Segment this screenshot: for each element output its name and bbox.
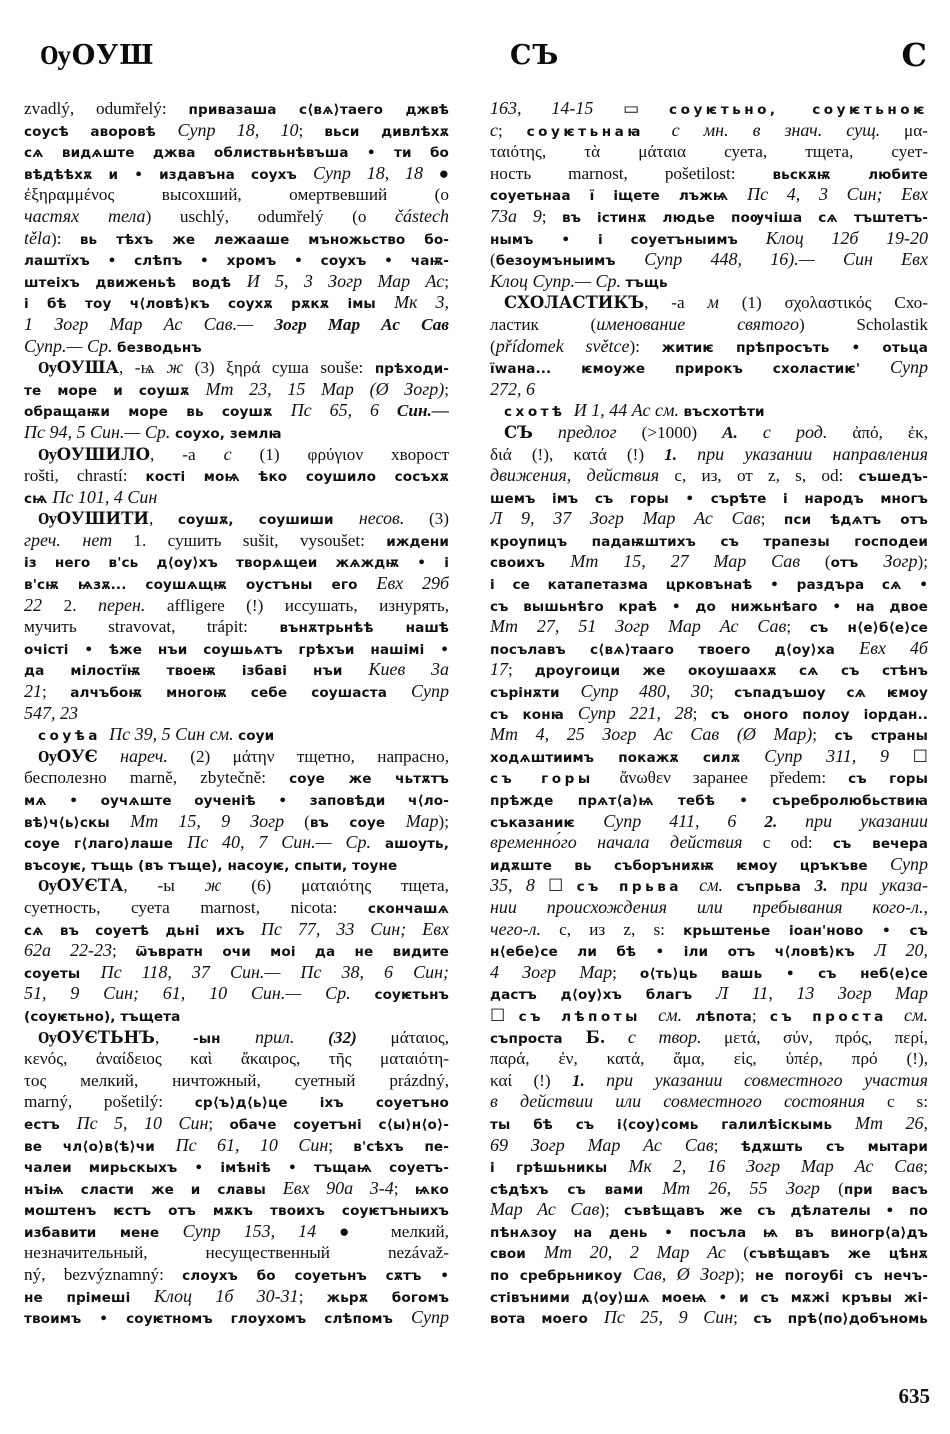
text-run: въ істинѫ людье поѹчіша сѧ тъштетъ- xyxy=(562,210,928,226)
text-run: съ оного полоу іордан.. xyxy=(711,707,928,723)
text-run: Мт 20, 2 Мар Ас xyxy=(544,1242,726,1262)
text-run: безоумъныимъ xyxy=(496,253,644,269)
text-run: Зогр xyxy=(884,551,918,571)
text-line: сърінѫти Супр 480, 30; съпадъшоу сѧ ѥмоу xyxy=(490,681,928,703)
text-run: сѧ видѧште джва облиствьнѣвъша • ти бо xyxy=(24,145,449,161)
text-run: 163, 14-15 xyxy=(490,98,593,118)
text-run: пѣнѧзоу на день • посъла ѩ въ виногр⟨а⟩д… xyxy=(490,1225,928,1241)
text-run: И 1, 44 Ас см. xyxy=(574,400,684,420)
text-run: А. xyxy=(722,423,738,442)
text-run: ; xyxy=(208,1114,229,1133)
header-left-word: ѸОУШ xyxy=(40,40,154,71)
text-run: нъіѩ сласти же и славы xyxy=(24,1182,283,1198)
text-run: ; xyxy=(812,725,834,744)
text-line: Клоц Супр.— Ср. тъщь xyxy=(490,271,928,293)
text-run: přídomek světce xyxy=(496,336,630,356)
text-run: 1. xyxy=(572,1071,585,1090)
text-line: пѣнѧзоу на день • посъла ѩ въ виногр⟨а⟩д… xyxy=(490,1221,928,1243)
text-run: , -ы xyxy=(123,876,204,895)
text-run xyxy=(605,1028,627,1047)
text-line: бесполезно marně, zbytečně: соуе же чьтѫ… xyxy=(24,767,449,789)
text-run: ☐ xyxy=(535,876,577,895)
text-run: сѩ xyxy=(24,491,52,507)
text-run: съказаниѥ xyxy=(490,815,603,831)
text-line: 62а 22-23; ѿъвратн очи моі да не видите xyxy=(24,940,449,962)
text-run: Супр xyxy=(411,1307,449,1327)
text-run: нареч. xyxy=(120,746,168,766)
text-line: штеіхъ движеньѣ водѣ И 5, 3 Зогр Мар Ас; xyxy=(24,271,449,293)
text-run: при указании направления xyxy=(697,444,928,464)
text-run: і бѣ тоу ч⟨ловѣ⟩къ соухѫ рѫкѫ імы xyxy=(24,296,394,312)
text-run: , xyxy=(155,1028,193,1047)
text-run: ἄνωθεν заранее předem: xyxy=(620,768,849,787)
text-line: 35, 8 ☐ съ прьва см. съпрьва 3. при указ… xyxy=(490,875,928,897)
text-line: съказаниѥ Супр 411, 6 2. при указании xyxy=(490,811,928,833)
text-run: идѫште вь съборъниѫѭ ѥмоу цръкъве xyxy=(490,858,890,874)
text-line: (přídomek světce): житиѥ прѣпросъть • от… xyxy=(490,336,928,358)
text-line: естъ Пс 5, 10 Син; обаче соуетъні с⟨ы⟩н⟨… xyxy=(24,1113,449,1135)
text-run: (1) σχολαστικός Схо- xyxy=(719,293,928,312)
text-line: избавити мене Супр 153, 14 ● мелкий, xyxy=(24,1221,449,1243)
text-run: τος мелкий, ничтожный, суетный prázdný, xyxy=(24,1071,449,1090)
text-run: ты бѣ съ і⟨соу⟩сомь галилѣіскымь xyxy=(490,1117,855,1133)
text-run: (1) φρύγιον хворост xyxy=(232,445,449,464)
text-run: 62а 22-23 xyxy=(24,940,112,960)
text-run: і се катапетазма црковънаѣ • раздъра сѧ … xyxy=(490,577,928,593)
text-run: ж xyxy=(205,875,222,895)
text-run: с od: xyxy=(742,833,832,852)
text-run: ( xyxy=(284,812,310,831)
text-line: свои Мт 20, 2 Мар Ас (съвѣщавъ же цѣнѫ xyxy=(490,1242,928,1264)
text-run: о⟨ть⟩ць вашь • съ неб⟨е⟩се xyxy=(640,966,928,982)
text-line: да мілостїѭ твоеѭ ізбаві нъи Киев 3а xyxy=(24,659,449,681)
text-line: ný, bezvýznamný: слоухъ бо соуетьнъ сѫтъ… xyxy=(24,1264,449,1286)
headword: ѸОУШИТИ xyxy=(38,509,149,528)
text-run: соуи xyxy=(238,728,274,744)
text-run: -ын xyxy=(193,1031,255,1047)
text-run: Супр 411, 6 xyxy=(603,811,764,831)
text-line: СЪ предлог (>1000) А. с род. ἀπό, ἐκ, xyxy=(490,422,928,444)
text-line: съ горы ἄνωθεν заранее předem: съ горы xyxy=(490,767,928,789)
text-run: Л 11, 13 Зогр Мар xyxy=(716,983,928,1003)
text-run: ταιότης, τὰ μάταια суета, тщета, сует- xyxy=(490,142,928,161)
text-run: вота моего xyxy=(490,1311,604,1327)
text-line: вѣ⟩ч⟨ь⟩скы Мт 15, 9 Зогр (въ соуе Мар); xyxy=(24,811,449,833)
text-run: те море и соушѫ xyxy=(24,383,205,399)
text-run: 17 xyxy=(490,659,508,679)
text-line: (безоумъныимъ Супр 448, 16).— Син Евх xyxy=(490,249,928,271)
text-run: ; xyxy=(444,272,449,291)
text-run: вьскѫѭ любите xyxy=(772,167,928,183)
text-line: в действии или совместного состояния с s… xyxy=(490,1091,928,1113)
text-run: ): xyxy=(51,229,80,248)
text-run: , -а xyxy=(644,293,707,312)
text-run: Евх 90а 3-4 xyxy=(283,1178,394,1198)
text-run: (3) ξηρά суша souše: xyxy=(183,358,375,377)
text-run: ластик ( xyxy=(490,315,596,334)
text-line: не прімеші Клоц 1б 30-31; жьрѫ богомъ xyxy=(24,1286,449,1308)
headword: СХОЛАСТИКЪ xyxy=(504,293,644,312)
text-run: Супр xyxy=(890,357,928,377)
text-run: ; xyxy=(612,963,640,982)
text-run: Пс 77, 33 Син; Евх xyxy=(261,919,449,939)
text-run: Мар Ас Сав xyxy=(490,1199,599,1219)
headword: ѸОУЄТЬНЪ xyxy=(38,1028,155,1047)
text-run: прѣжде прѧт⟨а⟩ѩ тебѣ • съребролюбьствиꙗ xyxy=(490,793,928,809)
text-run: съшедъ- xyxy=(859,469,928,485)
text-run xyxy=(827,876,840,895)
text-run: ; xyxy=(299,121,325,140)
text-run: кроупицъ падаѭштихъ съ трапезы господеи xyxy=(490,534,928,550)
text-line: съпроста Б. с твор. μετά, σύν, πρός, περ… xyxy=(490,1027,928,1049)
text-run: ; xyxy=(733,1308,753,1327)
text-run: в'сѭ ѩзѫ... соушѧщѭ оустъны его xyxy=(24,577,377,593)
text-run: Супр xyxy=(890,854,928,874)
text-run: Пс 4, 3 Син; Евх xyxy=(747,184,928,204)
text-line: 69 Зогр Мар Ас Сав; ѣдѫшть съ мытари xyxy=(490,1135,928,1157)
text-run: вѣдѣѣхѫ и • издавъна соухъ xyxy=(24,167,313,183)
text-line: соуѣа Пс 39, 5 Син см. соуи xyxy=(24,724,449,746)
text-run: marný, pošetilý: xyxy=(24,1092,195,1111)
text-run: перен. xyxy=(98,595,145,615)
text-run: ἐξηραμμένος высохший, омертвевший (о xyxy=(24,185,449,204)
text-line: нымъ • і соуетъныимъ Клоц 12б 19-20 xyxy=(490,228,928,250)
text-run: тъщь xyxy=(626,275,668,291)
text-run: именование святого xyxy=(596,314,799,334)
text-run: , xyxy=(149,509,178,528)
text-run: лѣпота xyxy=(696,1009,752,1025)
text-run: Супр.— Ср. xyxy=(24,336,117,356)
text-run: крьштенье іоан'ново • съ xyxy=(683,923,928,939)
text-line: 73а 9; въ істинѫ людье поѹчіша сѧ тъштет… xyxy=(490,206,928,228)
text-run: нымъ • і соуетъныимъ xyxy=(490,232,766,248)
text-run: с мн. в знач. сущ. xyxy=(672,120,881,140)
text-run: в'сѣхъ пе- xyxy=(353,1139,449,1155)
text-run: ( xyxy=(820,1179,844,1198)
text-line: Л 9, 37 Зогр Мар Ас Сав; пси ѣдѧтъ отъ xyxy=(490,508,928,530)
text-run: сѧ въ соуетѣ дьні ихъ xyxy=(24,923,261,939)
text-line: 4 Зогр Мар; о⟨ть⟩ць вашь • съ неб⟨е⟩се xyxy=(490,962,928,984)
text-run xyxy=(777,812,805,831)
text-run: ашоуть, xyxy=(385,836,449,852)
text-run: 2. xyxy=(64,596,98,615)
text-run: с, из, от z, s, od: xyxy=(659,466,858,485)
text-line: παρά, ἐν, κατά, ἅμα, εἰς, ὑπέρ, πρό (!), xyxy=(490,1048,928,1070)
text-run: с, из z, s: xyxy=(541,920,683,939)
text-run: 3. xyxy=(815,876,828,895)
text-run: (3) xyxy=(404,509,449,528)
text-line: нъіѩ сласти же и славы Евх 90а 3-4; ѩко xyxy=(24,1178,449,1200)
text-line: marný, pošetilý: ср⟨ъ⟩д⟨ь⟩це іхъ соуетън… xyxy=(24,1091,449,1113)
text-run: ● xyxy=(423,164,449,183)
text-run: иждени xyxy=(386,534,449,550)
text-run: ); xyxy=(917,552,928,571)
text-run: ; xyxy=(709,682,734,701)
text-line: ве чл⟨о⟩в⟨ѣ⟩чи Пс 61, 10 Син; в'сѣхъ пе- xyxy=(24,1135,449,1157)
text-line: 272, 6 xyxy=(490,379,928,401)
text-line: стівъними д⟨оу⟩шѧ моеѩ • и съ мѫжі кръвы… xyxy=(490,1286,928,1308)
text-run: съ вышьнѣго краѣ • до нижьнѣаго • на дво… xyxy=(490,599,928,615)
text-line: 1 Зогр Мар Ас Сав.— Зогр Мар Ас Сав xyxy=(24,314,449,336)
text-run: съ лѣпоты xyxy=(519,1009,658,1025)
text-run: 21 xyxy=(24,681,42,701)
text-line: ластик (именование святого) Scholastik xyxy=(490,314,928,336)
text-run: скончашѧ xyxy=(368,901,449,917)
text-run: жьрѫ богомъ xyxy=(327,1290,449,1306)
text-run: із него в'сь д⟨оу⟩хъ творѧщеи жѧждѭ • і xyxy=(24,555,449,571)
text-run: ἀπό, ἐκ, xyxy=(827,423,928,442)
text-run: съ страны xyxy=(834,728,928,744)
text-run: с xyxy=(490,120,498,140)
headword: Б. xyxy=(586,1028,606,1047)
text-line: лаштїхъ • слѣпъ • хромъ • соухъ • чаѭ- xyxy=(24,249,449,271)
text-line: незначительный, несущественный nezávaž- xyxy=(24,1242,449,1264)
text-run: Евх 4б xyxy=(859,638,928,658)
header-section-letter: С xyxy=(902,36,928,74)
text-line: Супр.— Ср. безводьнъ xyxy=(24,336,449,358)
text-run: нии происхождения или пребывания кого-л.… xyxy=(490,897,928,917)
text-run: въсоуѥ, тъщь (въ тъще), насоуѥ, спыти, т… xyxy=(24,858,397,874)
text-line: временно́го начала действия с od: съ веч… xyxy=(490,832,928,854)
text-run: Пс 101, 4 Син xyxy=(52,487,157,507)
text-run: Мт 23, 15 Мар (Ø Зогр) xyxy=(205,379,444,399)
text-run: соуѥтьно, соуѥтьноѥ xyxy=(669,102,928,118)
text-run: слоухъ бо соуетьнъ сѫтъ • xyxy=(182,1268,449,1284)
text-run: житиѥ прѣпросъть • отьца xyxy=(662,340,928,356)
text-run: 547, 23 xyxy=(24,703,78,723)
text-run: Клоц Супр.— Ср. xyxy=(490,271,626,291)
text-run: шемъ імъ съ горы • сърѣте і народъ многъ xyxy=(490,491,928,507)
text-run: Пс 5, 10 Син xyxy=(77,1113,209,1133)
text-run: стівъними д⟨оу⟩шѧ моеѩ • и съ мѫжі кръвы… xyxy=(490,1290,928,1306)
text-run: соуеты xyxy=(24,966,101,982)
text-line: ταιότης, τὰ μάταια суета, тщета, сует- xyxy=(490,141,928,163)
text-run: ☐ xyxy=(490,1006,519,1025)
text-line: κενός, ἀναίδειος καὶ ἄκαιρος, τῆς ματαιό… xyxy=(24,1048,449,1070)
text-line: Мт 27, 51 Зогр Мар Ас Сав; съ н⟨е⟩б⟨е⟩се xyxy=(490,616,928,638)
text-run: ; xyxy=(752,1006,770,1025)
headword: СЪ xyxy=(504,423,533,442)
text-run: Киев 3а xyxy=(369,659,449,679)
text-run: ; xyxy=(693,704,711,723)
text-run: прѣходи- xyxy=(375,361,449,377)
text-line: обращаѭи море вь соушѫ Пс 65, 6 Син.— xyxy=(24,400,449,422)
text-run: при указа- xyxy=(841,875,928,895)
text-run: соусѣ аворовѣ xyxy=(24,124,178,140)
text-run: ▭ xyxy=(593,99,669,118)
text-run: въсхотѣти xyxy=(683,404,764,420)
text-run: ; xyxy=(508,660,535,679)
text-run: соухо, землꙗ xyxy=(175,426,282,442)
text-run: 22 xyxy=(24,595,64,615)
headword: ѸОУЄТА xyxy=(38,876,123,895)
text-run: μα- xyxy=(880,121,928,140)
text-line: 163, 14-15 ▭ соуѥтьно, соуѥтьноѥ xyxy=(490,98,928,120)
text-run: Супр 480, 30 xyxy=(580,681,709,701)
text-line: ☐ съ лѣпоты см. лѣпота; съ проста см. xyxy=(490,1005,928,1027)
text-run: 35, 8 xyxy=(490,875,535,895)
text-run: сѣдѣхъ съ вами xyxy=(490,1182,662,1198)
text-run: соуѥтьнаꙗ xyxy=(527,124,672,140)
text-run: съ горы xyxy=(848,771,928,787)
text-run: И 5, 3 Зогр Мар Ас xyxy=(247,271,445,291)
text-run: ; xyxy=(394,1179,415,1198)
text-run: незначительный, несущественный nezávaž- xyxy=(24,1243,449,1262)
text-line: с; соуѥтьнаꙗ с мн. в знач. сущ. μα- xyxy=(490,120,928,142)
text-run: бесполезно marně, zbytečně: xyxy=(24,768,289,787)
text-run: 272, 6 xyxy=(490,379,535,399)
text-run: частях тела xyxy=(24,206,146,226)
text-line: шемъ імъ съ горы • сърѣте і народъ многъ xyxy=(490,487,928,509)
text-run: при васъ xyxy=(844,1182,928,1198)
text-run: ѩко xyxy=(415,1182,449,1198)
text-run: ѣдѫшть съ мытари xyxy=(741,1139,928,1155)
text-run: Мт 4, 25 Зогр Ас Сав (Ø Мар) xyxy=(490,724,812,744)
text-run: Сав, Ø Зогр xyxy=(633,1264,734,1284)
text-run: пси ѣдѧтъ отъ xyxy=(784,512,928,528)
text-run: см. xyxy=(658,1005,695,1025)
text-line: 51, 9 Син; 61, 10 Син.— Ср. соуѥтьнъ xyxy=(24,983,449,1005)
text-run: чего-л. xyxy=(490,919,541,939)
text-line: 547, 23 xyxy=(24,703,449,725)
text-run: Мк 2, 16 Зогр Мар Ас Сав xyxy=(628,1156,923,1176)
text-run: предлог xyxy=(558,422,617,442)
text-run: Клоц 1б 30-31 xyxy=(154,1286,299,1306)
text-run: ; xyxy=(112,941,136,960)
text-run xyxy=(98,747,120,766)
text-run: дастъ д⟨оу⟩хъ благъ xyxy=(490,987,716,1003)
text-line: очісті • ѣже нъи соушьѧтъ грѣхъи нашімі … xyxy=(24,638,449,660)
text-run: штеіхъ движеньѣ водѣ xyxy=(24,275,247,291)
text-run: Зогр Мар Ас Сав xyxy=(274,315,449,334)
text-run: Супр 448, 16).— Син Евх xyxy=(644,249,928,269)
text-run: моштенъ ѥстъ отъ мѫкъ твоихъ соуѥтъныихъ xyxy=(24,1203,449,1219)
text-run: соуѥтьнъ xyxy=(374,987,449,1003)
text-run: ; xyxy=(444,380,449,399)
text-run: παρά, ἐν, κατά, ἅμα, εἰς, ὑπέρ, πρό (!), xyxy=(490,1049,928,1068)
text-run: ность marnost, pošetilost: xyxy=(490,164,772,183)
text-run: κενός, ἀναίδειος καὶ ἄκαιρος, τῆς ματαιό… xyxy=(24,1049,449,1068)
text-line: движения, действия с, из, от z, s, od: с… xyxy=(490,465,928,487)
text-run: мѧ • оучѧште оученіѣ • заповѣди ч⟨ло- xyxy=(24,793,449,809)
text-run: съ н⟨е⟩б⟨е⟩се xyxy=(810,620,928,636)
text-line: сѧ въ соуетѣ дьні ихъ Пс 77, 33 Син; Евх xyxy=(24,919,449,941)
text-line: Пс 94, 5 Син.— Ср. соухо, землꙗ xyxy=(24,422,449,444)
text-run: вѣ⟩ч⟨ь⟩скы xyxy=(24,815,130,831)
text-line: (соуѥтьно), тъщета xyxy=(24,1005,449,1027)
text-run: чалеи мирьскыхъ • імѣніѣ • тъщаѩ соуетъ- xyxy=(24,1160,449,1176)
text-run: греч. нет xyxy=(24,530,112,550)
text-line: соуе г⟨лаго⟩лаше Пс 40, 7 Син.— Ср. ашоу… xyxy=(24,832,449,854)
text-run: Пс 39, 5 Син см. xyxy=(109,724,238,744)
text-line: по сребрьникоу Сав, Ø Зогр); не погоубі … xyxy=(490,1264,928,1286)
text-line: διά (!), κατά (!) 1. при указании направ… xyxy=(490,444,928,466)
text-run: вънѫтрьнѣѣ нашѣ xyxy=(279,620,449,636)
text-run: с род. xyxy=(763,422,828,442)
text-run: Супр 18, 18 xyxy=(313,163,423,183)
text-run: Супр 221, 28 xyxy=(578,703,693,723)
text-run: 73а 9 xyxy=(490,206,542,226)
text-run: с s: xyxy=(865,1092,928,1111)
text-run: Мт 15, 27 Мар Сав xyxy=(570,551,800,571)
text-line: καί (!) 1. при указании совместного учас… xyxy=(490,1070,928,1092)
text-line: соусѣ аворовѣ Супр 18, 10; вьси дивлѣхѫ xyxy=(24,120,449,142)
text-run: 2. xyxy=(764,812,777,831)
text-run: Мт 27, 51 Зогр Мар Ас Сав xyxy=(490,616,786,636)
text-line: ѸОУЄ нареч. (2) μάτην тщетно, напрасно, xyxy=(24,746,449,768)
text-run: свои xyxy=(490,1246,544,1262)
text-run: при указании совместного участия xyxy=(606,1070,928,1090)
text-line: Мар Ас Сав); съвѣщавъ же съ дѣлателы • п… xyxy=(490,1199,928,1221)
text-run: временно́го начала действия xyxy=(490,832,742,852)
text-line: дастъ д⟨оу⟩хъ благъ Л 11, 13 Зогр Мар xyxy=(490,983,928,1005)
text-line: τος мелкий, ничтожный, суетный prázdný, xyxy=(24,1070,449,1092)
text-run: διά (!), κατά (!) xyxy=(490,445,664,464)
text-line: прѣжде прѧт⟨а⟩ѩ тебѣ • съребролюбьствиꙗ xyxy=(490,789,928,811)
text-run: ) Scholastik xyxy=(799,315,928,334)
text-line: моштенъ ѥстъ отъ мѫкъ твоихъ соуѥтъныихъ xyxy=(24,1199,449,1221)
text-line: схотѣ И 1, 44 Ас см. въсхотѣти xyxy=(490,400,928,422)
text-run: Супр 18, 10 xyxy=(178,120,299,140)
text-run: těla xyxy=(24,228,51,248)
text-run: н⟨ебе⟩се ли бѣ • іли отъ ч⟨ловѣ⟩къ xyxy=(490,944,874,960)
text-run: Мт 26, xyxy=(855,1113,928,1133)
text-run: Пс 25, 9 Син xyxy=(604,1307,733,1327)
text-run: очісті • ѣже нъи соушьѧтъ грѣхъи нашімі … xyxy=(24,642,449,658)
text-line: 17; дроугоици же окоушаахѫ сѧ съ стѣнъ xyxy=(490,659,928,681)
text-line: мѧ • оучѧште оученіѣ • заповѣди ч⟨ло- xyxy=(24,789,449,811)
text-line: чего-л. с, из z, s: крьштенье іоан'ново … xyxy=(490,919,928,941)
text-run: мучить stravovat, trápit: xyxy=(24,617,279,636)
text-run: Клоц 12б 19-20 xyxy=(766,228,928,248)
text-line: кроупицъ падаѭштихъ съ трапезы господеи xyxy=(490,530,928,552)
text-line: těla): вь тѣхъ же лежааше мъножьство бо- xyxy=(24,228,449,250)
text-run: съпадъшоу сѧ ѥмоу xyxy=(734,685,928,701)
text-run: ( xyxy=(800,552,830,571)
text-line: те море и соушѫ Мт 23, 15 Мар (Ø Зогр); xyxy=(24,379,449,401)
text-run: обращаѭи море вь соушѫ xyxy=(24,404,291,420)
text-run: схотѣ xyxy=(504,404,574,420)
text-run: вь тѣхъ же лежааше мъножьство бо- xyxy=(80,232,449,248)
text-run: καί (!) xyxy=(490,1071,572,1090)
text-line: твоимъ • соуѥтномъ глоухомъ слѣпомъ Супр xyxy=(24,1307,449,1329)
text-line: в'сѭ ѩзѫ... соушѧщѭ оустъны его Евх 29б xyxy=(24,573,449,595)
text-run: 4 Зогр Мар xyxy=(490,962,612,982)
text-run: съ горы xyxy=(490,771,620,787)
text-line: соуетьнаа ї іщете лъжѩ Пс 4, 3 Син; Евх xyxy=(490,184,928,206)
text-run: částech xyxy=(395,206,449,226)
text-line: zvadlý, odumřelý: привазаша с⟨вѧ⟩таего д… xyxy=(24,98,449,120)
text-run: ); xyxy=(439,812,450,831)
text-run: с твор. xyxy=(628,1027,702,1047)
text-line: і грѣшьникы Мк 2, 16 Зогр Мар Ас Сав; xyxy=(490,1156,928,1178)
text-run: съ вечера xyxy=(833,836,928,852)
text-run: (>1000) xyxy=(617,423,722,442)
text-run: ж xyxy=(166,357,183,377)
text-run: affligere (!) иссушать, изнурять, xyxy=(145,596,449,615)
text-run: съ проста xyxy=(770,1009,904,1025)
text-line: вота моего Пс 25, 9 Син; съ прѣ⟨по⟩добън… xyxy=(490,1307,928,1329)
text-run: їwана... ѥмоуже прирокъ схоластиѥ' xyxy=(490,361,890,377)
text-line: соуеты Пс 118, 37 Син.— Пс 38, 6 Син; xyxy=(24,962,449,984)
text-run: Мт 15, 9 Зогр xyxy=(130,811,284,831)
text-run: Супр 153, 14 xyxy=(183,1221,317,1241)
text-line: ѸОУЄТЬНЪ, -ын прил. (32) μάταιος, xyxy=(24,1027,449,1049)
text-run: Супр xyxy=(411,681,449,701)
text-run xyxy=(677,445,697,464)
text-run: см. xyxy=(699,875,736,895)
text-line: сѧ видѧште джва облиствьнѣвъша • ти бо xyxy=(24,141,449,163)
